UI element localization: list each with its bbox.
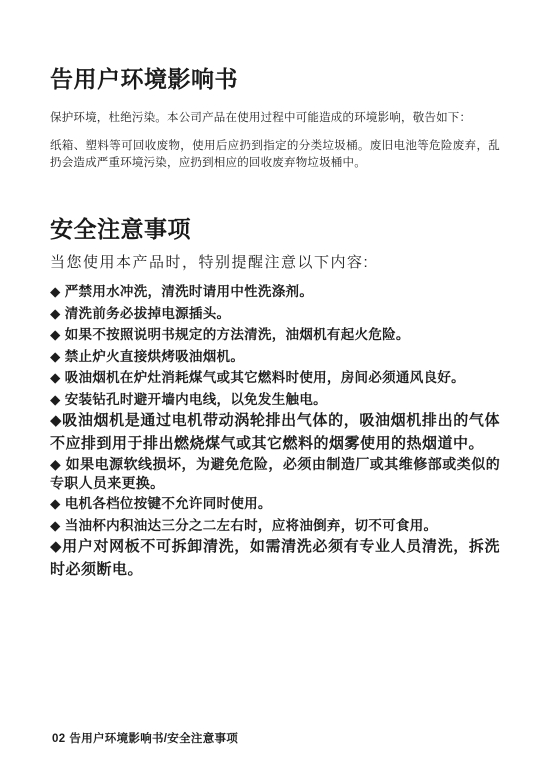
safety-bullet-item: ◆吸油烟机是通过电机带动涡轮排出气体的，吸油烟机排出的气体不应排到用于排出燃烧煤… xyxy=(50,410,500,455)
safety-section-title: 安全注意事项 xyxy=(50,214,500,244)
safety-intro: 当您使用本产品时，特别提醒注意以下内容: xyxy=(50,253,500,273)
manual-page: 告用户环境影响书 保护环境，杜绝污染。本公司产品在使用过程中可能造成的环境影响，… xyxy=(0,0,550,771)
safety-bullet-item: ◆ 如果不按照说明书规定的方法清洗，油烟机有起火危险。 xyxy=(50,324,500,346)
page-footer: 02告用户环境影响书/安全注意事项 xyxy=(52,730,238,746)
safety-bullet-item: ◆ 如果电源软线损坏，为避免危险，必须由制造厂或其维修部或类似的专职人员来更换。 xyxy=(50,455,500,493)
safety-bullet-item: ◆ 吸油烟机在炉灶消耗煤气或其它燃料时使用，房间必须通风良好。 xyxy=(50,367,500,389)
safety-bullet-item: ◆ 清洗前务必拔掉电源插头。 xyxy=(50,303,500,325)
safety-bullet-item: ◆ 安装钻孔时避开墙内电线，以免发生触电。 xyxy=(50,389,500,411)
safety-section: 安全注意事项 当您使用本产品时，特别提醒注意以下内容: ◆ 严禁用水冲洗，清洗时… xyxy=(50,214,500,581)
environment-section: 告用户环境影响书 保护环境，杜绝污染。本公司产品在使用过程中可能造成的环境影响，… xyxy=(50,64,500,172)
safety-bullet-list: ◆ 严禁用水冲洗，清洗时请用中性洗涤剂。 ◆ 清洗前务必拔掉电源插头。 ◆ 如果… xyxy=(50,281,500,581)
footer-section-label: 告用户环境影响书/安全注意事项 xyxy=(69,733,238,745)
safety-bullet-item: ◆用户对网板不可拆卸清洗，如需清洗必须有专业人员清洗，拆洗时必须断电。 xyxy=(50,536,500,581)
safety-bullet-item: ◆ 当油杯内积油达三分之二左右时，应将油倒弃，切不可食用。 xyxy=(50,515,500,537)
footer-page-number: 02 xyxy=(52,733,65,745)
environment-paragraph-2: 纸箱、塑料等可回收废物，使用后应扔到指定的分类垃圾桶。废旧电池等危险废弃，乱扔会… xyxy=(50,138,500,172)
safety-bullet-item: ◆ 电机各档位按键不允许同时使用。 xyxy=(50,493,500,515)
environment-section-title: 告用户环境影响书 xyxy=(50,64,500,94)
safety-bullet-item: ◆ 禁止炉火直接烘烤吸油烟机。 xyxy=(50,346,500,368)
environment-paragraph-1: 保护环境，杜绝污染。本公司产品在使用过程中可能造成的环境影响，敬告如下： xyxy=(50,110,500,127)
safety-bullet-item: ◆ 严禁用水冲洗，清洗时请用中性洗涤剂。 xyxy=(50,281,500,303)
